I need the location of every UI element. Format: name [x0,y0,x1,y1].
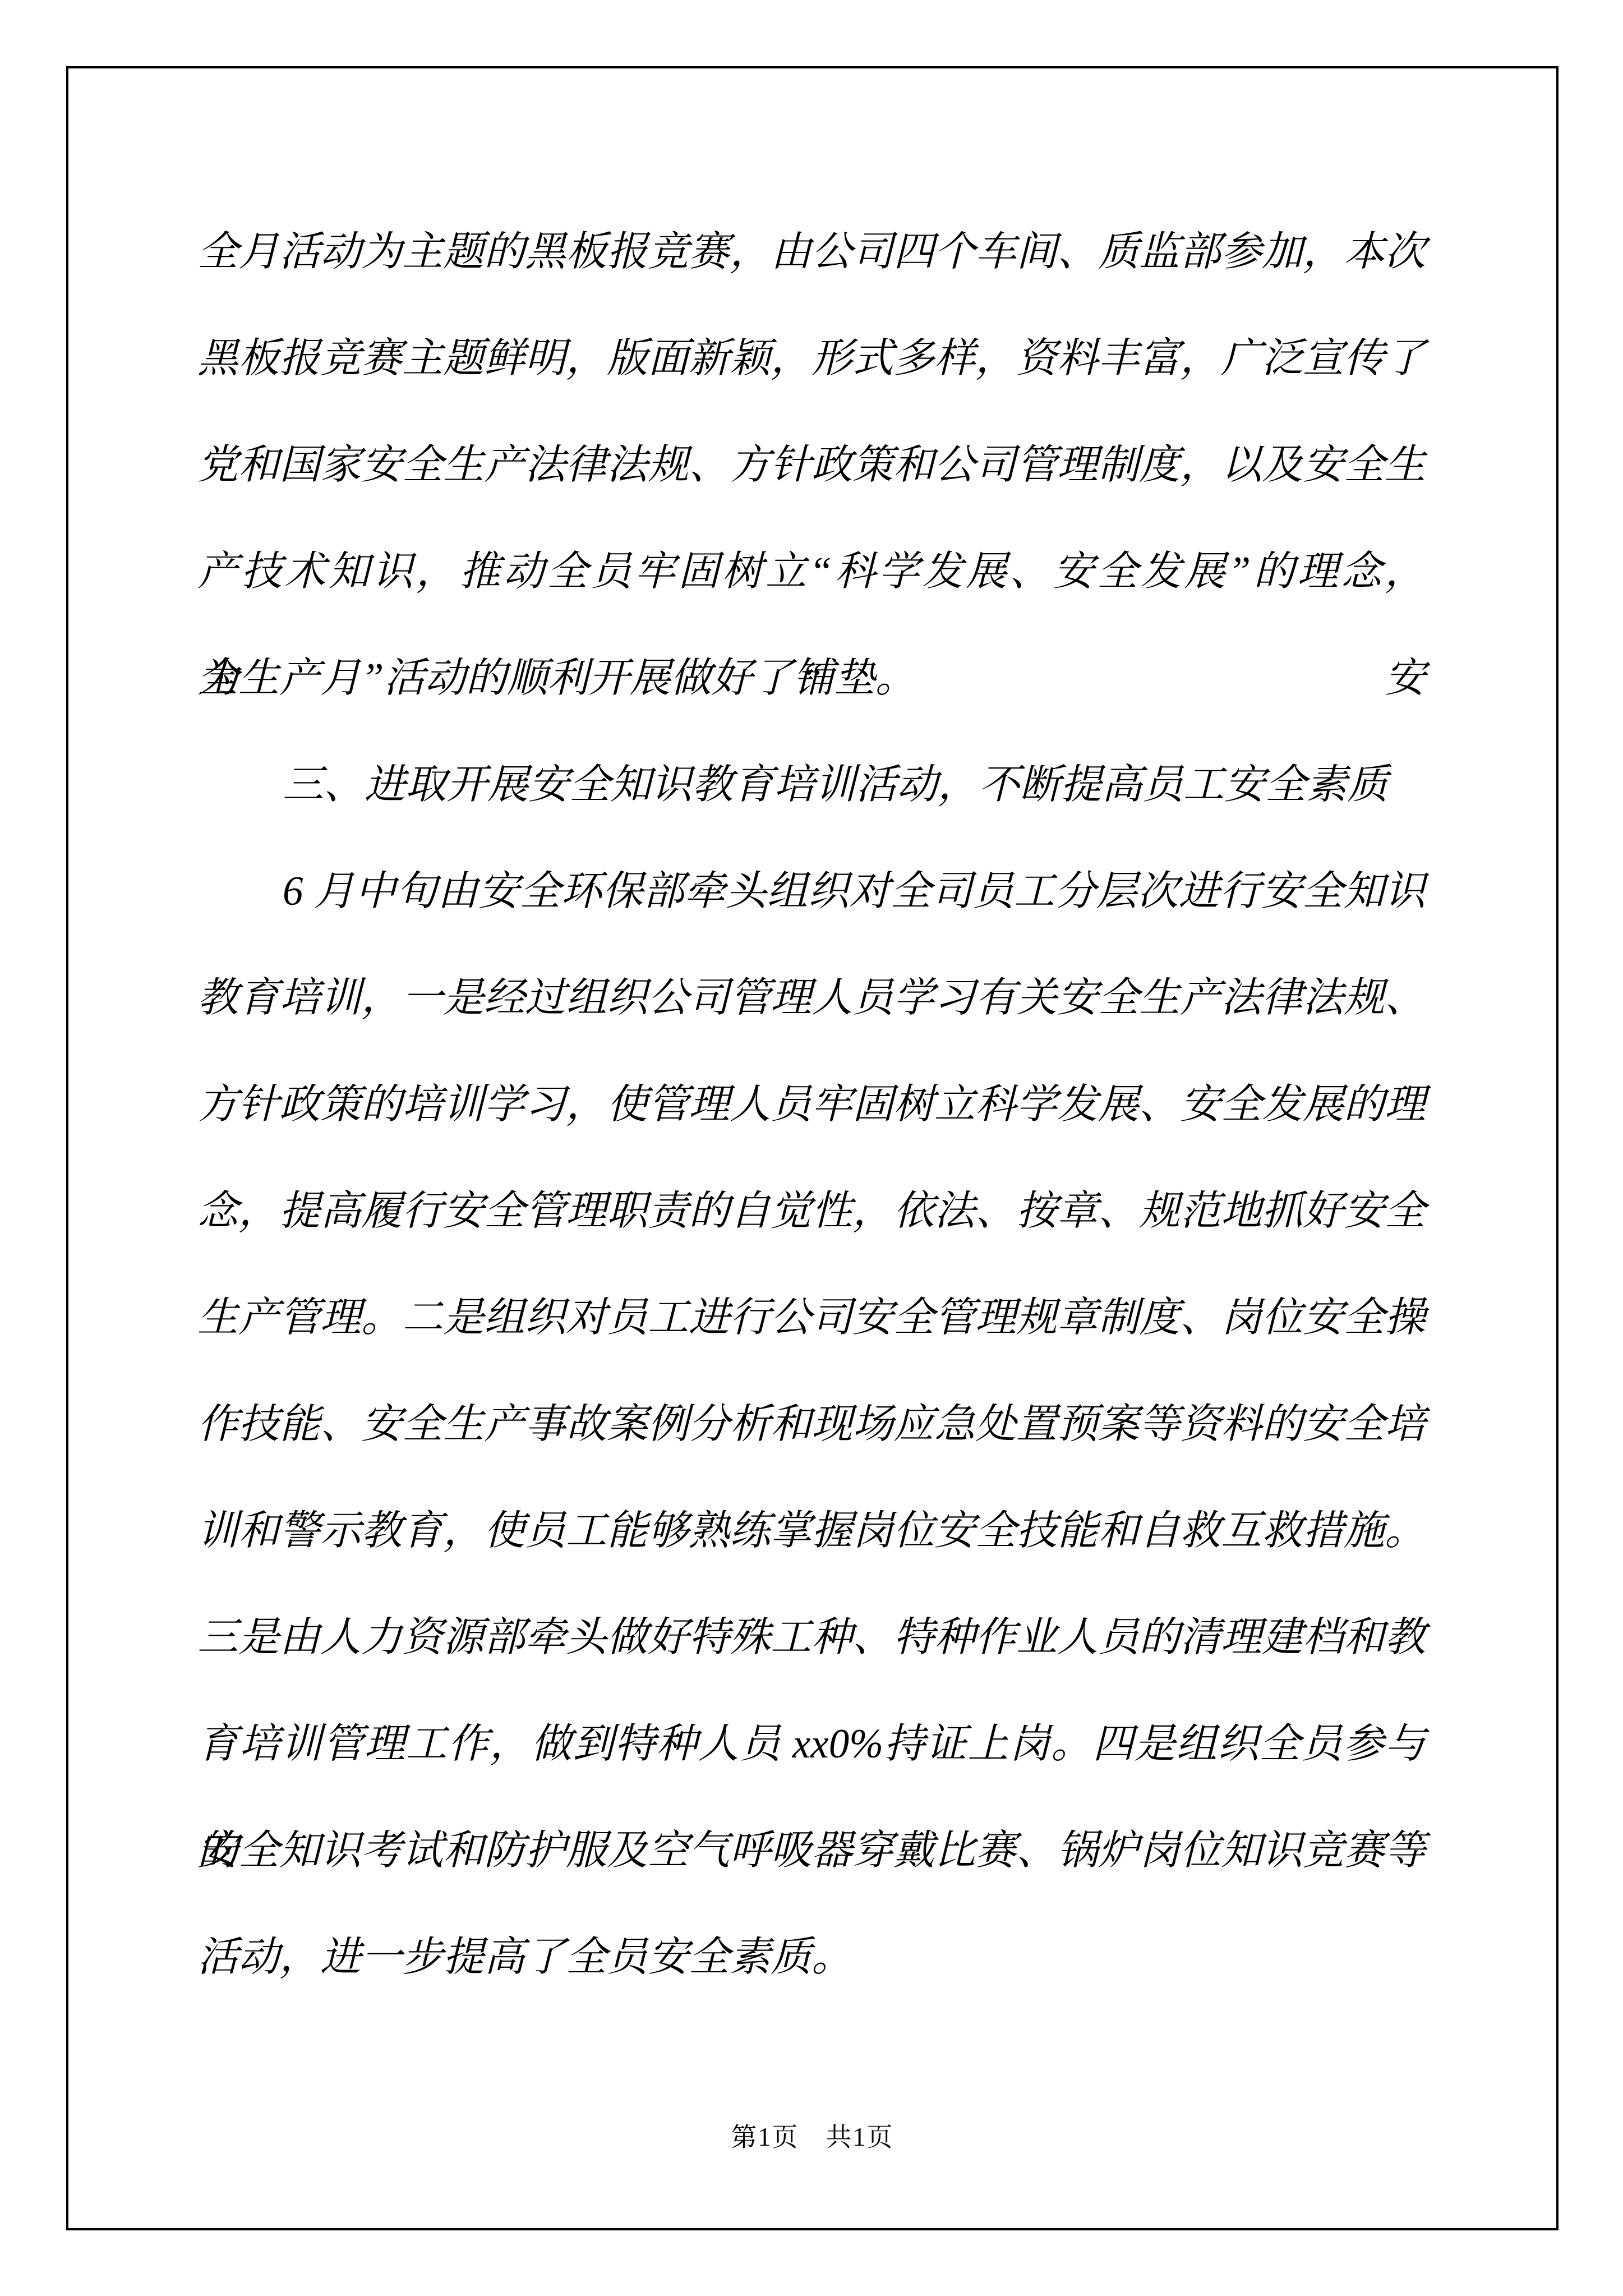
page-footer: 第1页 共1页 [68,2120,1556,2154]
document-page: 全月活动为主题的黑板报竞赛，由公司四个车间、质监部参加，本次黑板报竞赛主题鲜明，… [0,0,1623,2296]
text-line: 育培训管理工作，做到特种人员 xx0%持证上岗。四是组织全员参与的 [197,1691,1426,1797]
text-line: 全月活动为主题的黑板报竞赛，由公司四个车间、质监部参加，本次 [197,199,1426,305]
text-line: 生产管理。二是组织对员工进行公司安全管理规章制度、岗位安全操 [197,1264,1426,1371]
text-line: 产技术知识，推动全员牢固树立“科学发展、安全发展”的理念，为“安 [197,518,1426,625]
text-line: 安全知识考试和防护服及空气呼吸器穿戴比赛、锅炉岗位知识竞赛等 [197,1797,1426,1904]
text-line: 念，提高履行安全管理职责的自觉性，依法、按章、规范地抓好安全 [197,1158,1426,1264]
text-line: 党和国家安全生产法律法规、方针政策和公司管理制度，以及安全生 [197,412,1426,518]
text-line: 训和警示教育，使员工能够熟练掌握岗位安全技能和自救互救措施。 [197,1478,1426,1584]
text-line: 作技能、安全生产事故案例分析和现场应急处置预案等资料的安全培 [197,1371,1426,1478]
document-body: 全月活动为主题的黑板报竞赛，由公司四个车间、质监部参加，本次黑板报竞赛主题鲜明，… [197,199,1426,2010]
text-line: 活动，进一步提高了全员安全素质。 [197,1904,1426,2010]
text-line: 6 月中旬由安全环保部牵头组织对全司员工分层次进行安全知识 [197,838,1426,945]
text-line: 教育培训，一是经过组织公司管理人员学习有关安全生产法律法规、 [197,945,1426,1051]
text-line: 三是由人力资源部牵头做好特殊工种、特种作业人员的清理建档和教 [197,1584,1426,1691]
text-line: 黑板报竞赛主题鲜明，版面新颖，形式多样，资料丰富，广泛宣传了 [197,305,1426,412]
text-line: 方针政策的培训学习，使管理人员牢固树立科学发展、安全发展的理 [197,1051,1426,1158]
text-line: 三、进取开展安全知识教育培训活动，不断提高员工安全素质 [197,731,1426,838]
page-border-frame: 全月活动为主题的黑板报竞赛，由公司四个车间、质监部参加，本次黑板报竞赛主题鲜明，… [66,66,1559,2230]
